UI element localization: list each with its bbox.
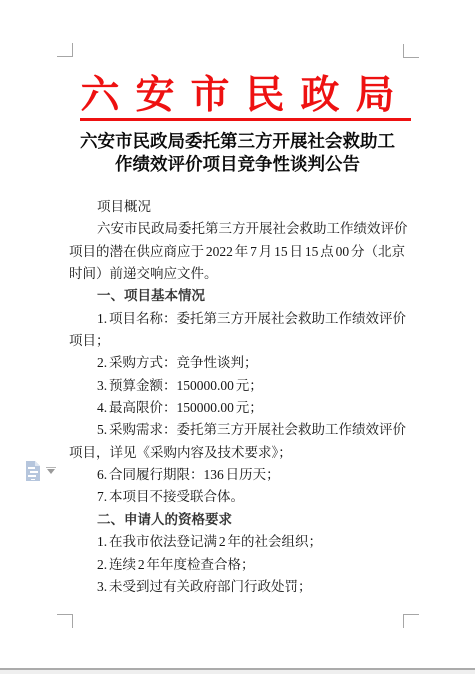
announcement-heading-line1: 六安市民政局委托第三方开展社会救助工 — [0, 130, 475, 153]
page-bottom-margin — [0, 670, 475, 674]
crop-mark-top-right — [403, 44, 419, 58]
text-line: 时间）前递交响应文件。 — [69, 263, 414, 285]
crop-mark-top-left — [57, 43, 73, 57]
announcement-heading-line2: 作绩效评价项目竞争性谈判公告 — [0, 153, 475, 176]
crop-mark-bottom-left — [57, 614, 73, 628]
text-line: 3. 预算金额：150000.00 元； — [69, 375, 414, 397]
chevron-down-icon[interactable] — [47, 469, 55, 474]
text-line: 2. 连续 2 年年度检查合格； — [69, 554, 414, 576]
text-line: 3. 未受到过有关政府部门行政处罚； — [69, 576, 414, 598]
text-line: 1. 项目名称：委托第三方开展社会救助工作绩效评价 — [69, 308, 414, 330]
chevron-down-icon — [46, 467, 56, 468]
announcement-heading: 六安市民政局委托第三方开展社会救助工 作绩效评价项目竞争性谈判公告 — [0, 130, 475, 176]
text-line: 7. 本项目不接受联合体。 — [69, 486, 414, 508]
document-icon — [25, 461, 41, 487]
text-line: 6. 合同履行期限：136 日历天； — [69, 464, 414, 486]
section-heading-line: 二、申请人的资格要求 — [69, 509, 414, 531]
text-line: 5. 采购需求：委托第三方开展社会救助工作绩效评价 — [69, 419, 414, 441]
text-line: 1. 在我市依法登记满 2 年的社会组织； — [69, 531, 414, 553]
masthead: 六安市民政局 — [0, 76, 475, 121]
text-line: 项目概况 — [69, 196, 414, 218]
text-line: 六安市民政局委托第三方开展社会救助工作绩效评价 — [69, 218, 414, 240]
text-line: 项目，详见《采购内容及技术要求》； — [69, 442, 414, 464]
text-line: 项目； — [69, 330, 414, 352]
text-line: 2. 采购方式：竞争性谈判； — [69, 352, 414, 374]
document-body: 项目概况六安市民政局委托第三方开展社会救助工作绩效评价项目的潜在供应商应于 20… — [69, 196, 414, 598]
text-line: 项目的潜在供应商应于 2022 年 7 月 15 日 15 点 00 分（北京 — [69, 241, 414, 263]
paste-options-button[interactable] — [25, 461, 59, 483]
text-line: 4. 最高限价：150000.00 元； — [69, 397, 414, 419]
agency-title: 六安市民政局 — [80, 76, 410, 121]
crop-mark-bottom-right — [403, 614, 419, 628]
document-page: 六安市民政局 六安市民政局委托第三方开展社会救助工 作绩效评价项目竞争性谈判公告… — [0, 0, 475, 674]
section-heading-line: 一、项目基本情况 — [69, 285, 414, 307]
